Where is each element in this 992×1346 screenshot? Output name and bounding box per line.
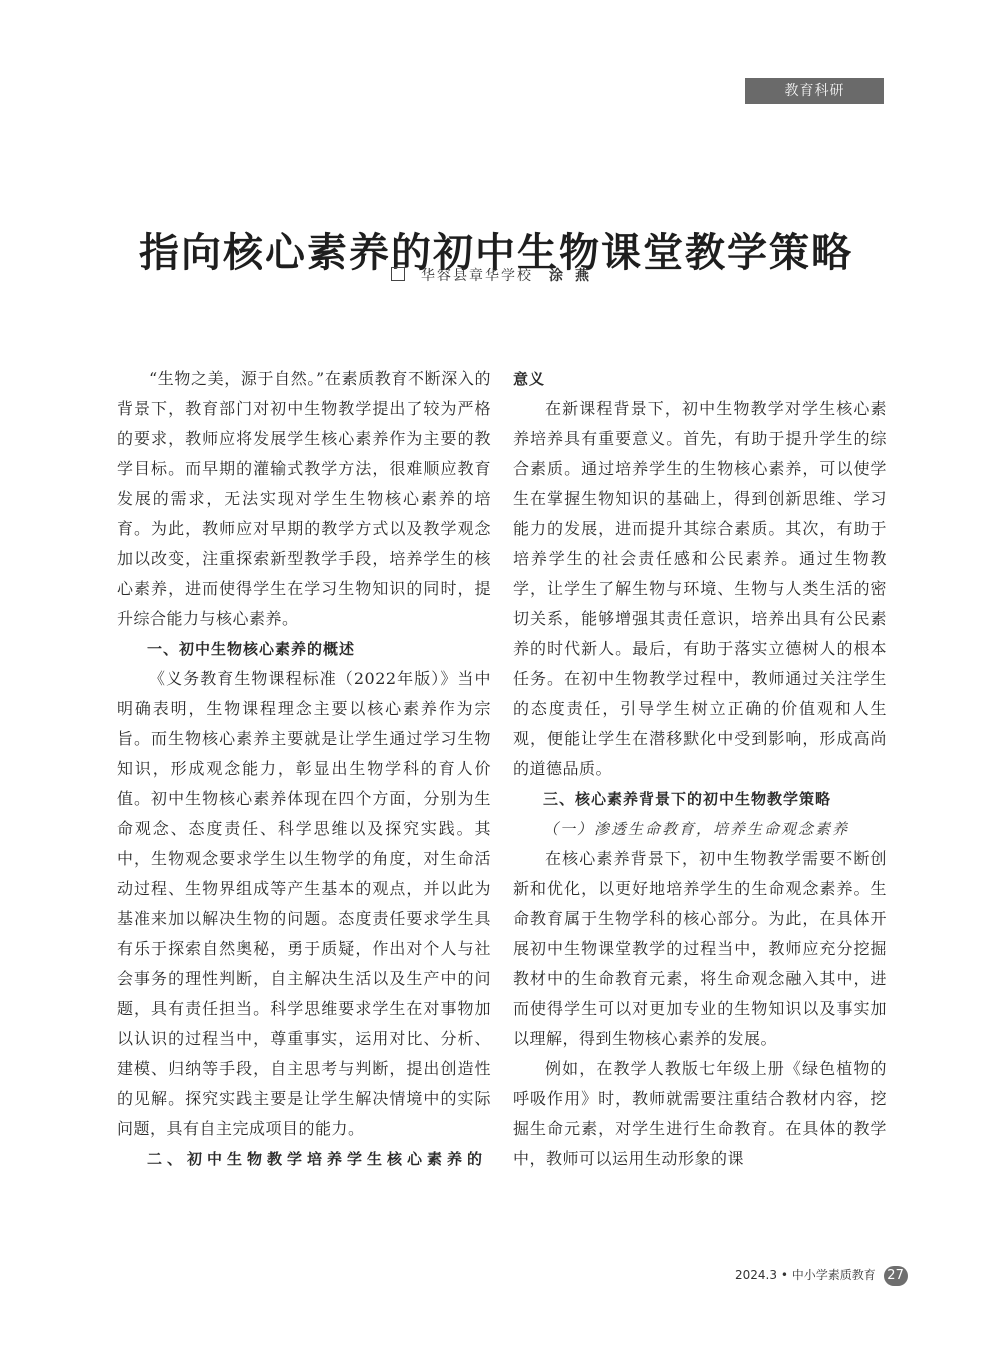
author-school: 华容县章华学校 [421,268,533,284]
section-heading-2: 二、初中生物教学培养学生核心素养的 [117,1144,491,1174]
square-icon [391,267,405,281]
issue-date: 2024.3 [735,1268,777,1282]
page-footer: 2024.3 • 中小学素质教育 27 [735,1264,908,1286]
section-heading-2-continued: 意义 [513,364,887,394]
left-column: “生物之美，源于自然。”在素质教育不断深入的背景下，教育部门对初中生物教学提出了… [117,364,491,1174]
page-number-badge: 27 [884,1266,908,1286]
byline: 华容县章华学校涂燕 [0,264,992,288]
section-tag: 教育科研 [745,78,884,104]
body-paragraph: 在新课程背景下，初中生物教学对学生核心素养培养具有重要意义。首先，有助于提升学生… [513,394,887,784]
section-heading-3: 三、核心素养背景下的初中生物教学策略 [513,784,887,814]
subsection-heading: （一）渗透生命教育，培养生命观念素养 [513,814,887,844]
right-column: 意义 在新课程背景下，初中生物教学对学生核心素养培养具有重要意义。首先，有助于提… [513,364,887,1174]
author-name: 涂燕 [549,268,601,284]
section-heading-1: 一、初中生物核心素养的概述 [117,634,491,664]
intro-paragraph: “生物之美，源于自然。”在素质教育不断深入的背景下，教育部门对初中生物教学提出了… [117,364,491,634]
body-paragraph: 《义务教育生物课程标准（2022年版）》当中明确表明，生物课程理念主要以核心素养… [117,664,491,1144]
body-paragraph: 例如，在教学人教版七年级上册《绿色植物的呼吸作用》时，教师就需要注重结合教材内容… [513,1054,887,1174]
separator-dot: • [781,1268,788,1282]
journal-name: 中小学素质教育 [792,1268,876,1282]
body-paragraph: 在核心素养背景下，初中生物教学需要不断创新和优化，以更好地培养学生的生命观念素养… [513,844,887,1054]
